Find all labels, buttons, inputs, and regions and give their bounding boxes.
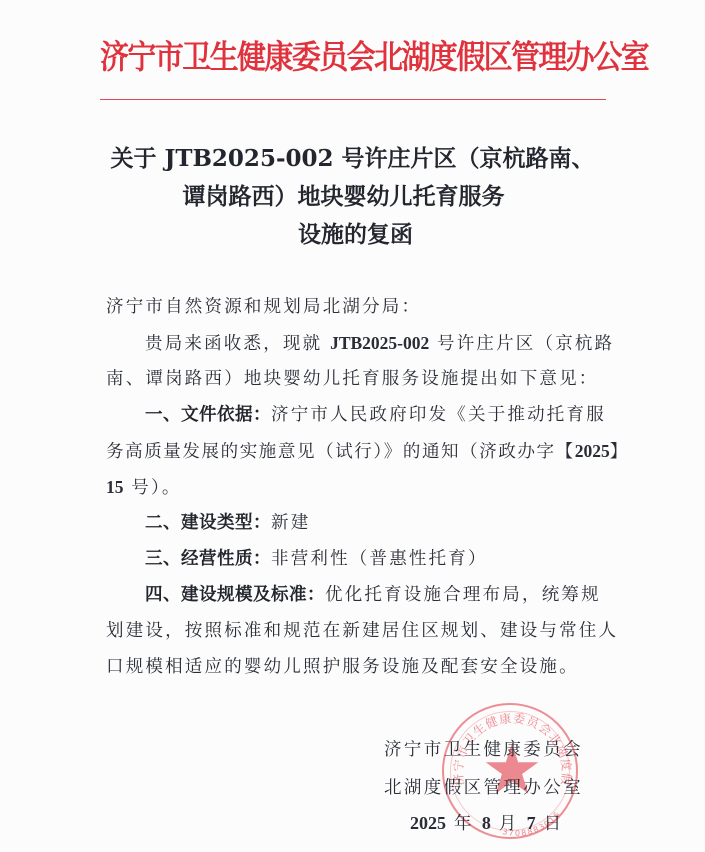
- document-title-line-3: 设施的复函: [80, 215, 625, 255]
- item-2: 二、建设类型：新建: [145, 509, 605, 537]
- signature-date: 2025 年 8 月 7 日: [410, 809, 564, 838]
- item-4-line-1: 四、建设规模及标准：优化托育设施合理布局，统筹规: [145, 581, 605, 609]
- letterhead-title: 济宁市卫生健康委员会北湖度假区管理办公室: [100, 32, 606, 81]
- item-4-line-3: 口规模相适应的婴幼儿照护服务设施及配套安全设施。: [106, 653, 606, 681]
- signature-org-line-2: 北湖度假区管理办公室: [384, 774, 583, 802]
- item-1-line-3: 15 号）。: [106, 473, 606, 502]
- signature-org-line-1: 济宁市卫生健康委员会: [384, 736, 583, 764]
- date-day: 7: [527, 813, 536, 833]
- intro-text-a: 贵局来函收悉，现就: [145, 334, 330, 354]
- document-page: 济宁市卫生健康委员会北湖度假区管理办公室 关于 JTB2025-002 号许庄片…: [0, 0, 705, 852]
- document-title-line-1: 关于 JTB2025-002 号许庄片区（京杭路南、: [80, 139, 625, 179]
- item-1-line-1: 一、文件依据：济宁市人民政府印发《关于推动托育服: [145, 401, 605, 429]
- item-1-line-2-text: 务高质量发展的实施意见（试行）》的通知（济政办字【: [106, 442, 575, 462]
- date-year: 2025: [410, 813, 446, 833]
- item-2-heading: 二、建设类型：: [145, 513, 271, 533]
- item-2-text: 新建: [271, 513, 310, 533]
- item-1-line-3-text: 号）。: [124, 478, 182, 498]
- addressee: 济宁市自然资源和规划局北湖分局：: [106, 293, 606, 321]
- intro-line-2: 南、谭岗路西）地块婴幼儿托育服务设施提出如下意见：: [106, 365, 606, 393]
- item-4-heading: 四、建设规模及标准：: [145, 585, 325, 605]
- item-1-year: 2025: [575, 441, 610, 461]
- intro-text-b: 号许庄片区（京杭路: [429, 334, 614, 354]
- item-1-line-2: 务高质量发展的实施意见（试行）》的通知（济政办字【2025】: [106, 437, 606, 466]
- item-3-heading: 三、经营性质：: [145, 549, 271, 569]
- letterhead-divider: [100, 99, 606, 100]
- date-year-suffix: 年: [446, 814, 482, 834]
- project-code: JTB2025-002: [330, 333, 429, 353]
- document-title-line-2: 谭岗路西）地块婴幼儿托育服务: [80, 177, 625, 217]
- date-month-suffix: 月: [491, 814, 527, 834]
- item-1-heading: 一、文件依据：: [145, 405, 271, 425]
- item-4-line-2: 划建设，按照标准和规范在新建居住区规划、建设与常住人: [106, 617, 606, 645]
- item-4-text: 优化托育设施合理布局，统筹规: [325, 585, 601, 605]
- item-1-doc-number: 15: [106, 477, 124, 497]
- intro-line-1: 贵局来函收悉，现就 JTB2025-002 号许庄片区（京杭路: [145, 329, 605, 358]
- item-3-text: 非营利性（普惠性托育）: [271, 549, 488, 569]
- item-3: 三、经营性质：非营利性（普惠性托育）: [145, 545, 605, 573]
- item-1-text: 济宁市人民政府印发《关于推动托育服: [271, 405, 606, 425]
- date-month: 8: [482, 813, 491, 833]
- item-1-bracket: 】: [610, 442, 629, 462]
- date-day-suffix: 日: [536, 814, 564, 834]
